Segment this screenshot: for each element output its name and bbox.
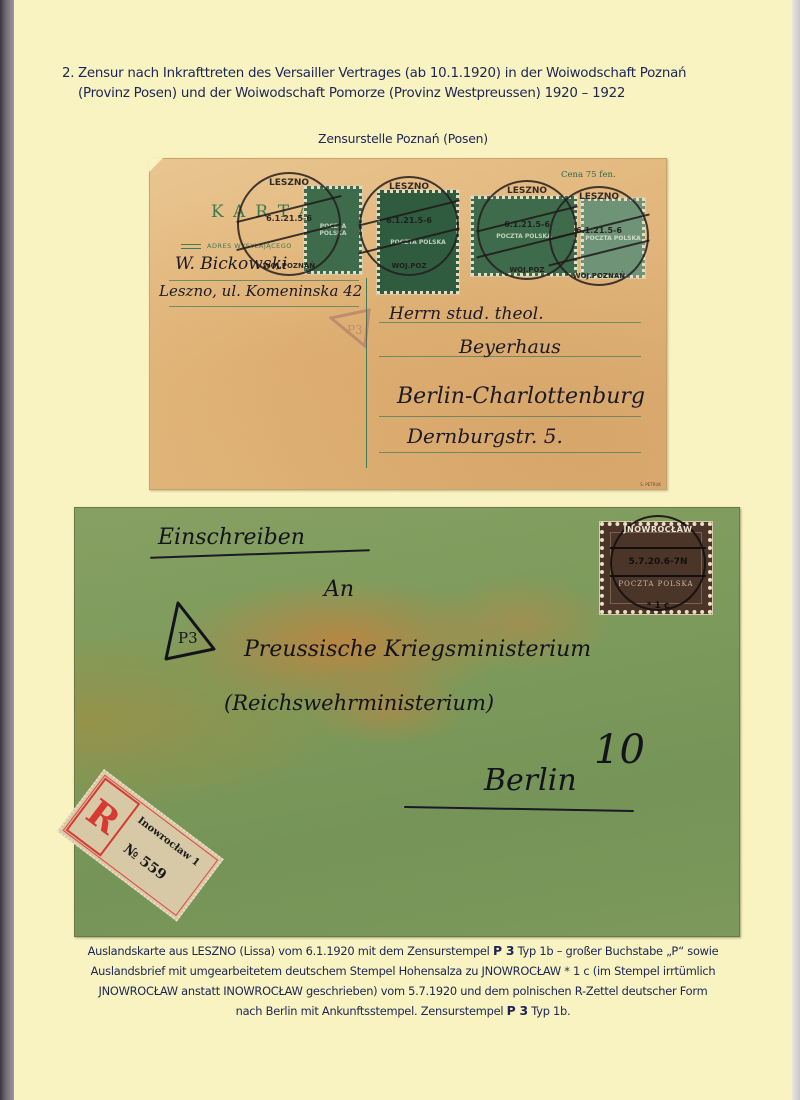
exhibit-caption: Auslandskarte aus LESZNO (Lissa) vom 6.1… <box>28 941 778 1021</box>
postmark-date: 6.1.21.5-6 <box>361 216 457 225</box>
censor-mark-triangle: P3 <box>329 308 373 348</box>
postcard-divider <box>366 278 367 468</box>
recipient-line-1: Herrn stud. theol. <box>389 304 544 324</box>
album-page: 2.Zensur nach Inkrafttreten des Versaill… <box>14 0 792 1100</box>
caption-line-2: Auslandsbrief mit umgearbeitetem deutsch… <box>28 961 778 981</box>
censor-mark-triangle: P3 <box>162 599 218 663</box>
postmark-date: 5.7.20.6-7N <box>612 557 704 567</box>
postmark-date: 6.1.21.5-6 <box>551 226 647 235</box>
postmark-town: LESZNO <box>551 192 647 202</box>
postmark-date: 6.1.21.5-6 <box>239 214 339 223</box>
postmark-leszno: LESZNO 6.1.21.5-6 WOJ.POZNAŃ <box>237 172 341 276</box>
postmark-region: WOJ.POZNAŃ <box>239 262 339 270</box>
postmark-leszno: LESZNO 6.1.21.5-6 WOJ.POZ <box>359 176 459 276</box>
postcard-corner <box>149 158 163 172</box>
sender-rule <box>169 306 359 307</box>
recipient-line-3: Berlin-Charlottenburg <box>397 384 645 409</box>
address-line-2: (Reichswehrministerium) <box>224 691 494 715</box>
heading-number: 2. <box>62 64 78 84</box>
caption-line-1: Auslandskarte aus LESZNO (Lissa) vom 6.1… <box>28 941 778 961</box>
address-district: 10 <box>594 727 645 773</box>
postmark-town: LESZNO <box>361 182 457 192</box>
postmark-town: LESZNO <box>239 178 339 188</box>
postcard-image: KARTA ADRES WYSYŁAJĄCEGO Cena 75 fen. W.… <box>149 158 667 490</box>
heading-line-1: Zensur nach Inkrafttreten des Versailler… <box>78 66 686 81</box>
envelope-image: Einschreiben An Preussische Kriegsminist… <box>74 507 740 937</box>
address-line-1: Preussische Kriegsministerium <box>244 637 591 662</box>
postcard-price: Cena 75 fen. <box>561 170 616 180</box>
svg-text:P3: P3 <box>347 323 363 337</box>
underline <box>404 806 634 812</box>
postmark-jnowroclaw: JNOWROCŁAW 5.7.20.6-7N * 1 c <box>610 515 706 611</box>
scan-edge-right <box>792 0 800 1100</box>
postmark-suffix: * 1 c <box>612 601 704 611</box>
recipient-line-4: Dernburgstr. 5. <box>407 424 563 448</box>
sender-rule <box>169 280 359 281</box>
address-city: Berlin <box>484 763 577 798</box>
address-rule <box>379 416 641 417</box>
postmark-region: WOJ.POZ <box>361 262 457 270</box>
printer-imprint: S. PETRUK <box>640 482 661 487</box>
underline <box>150 549 370 559</box>
caption-line-3: JNOWROCŁAW anstatt INOWROCŁAW geschriebe… <box>28 981 778 1001</box>
svg-text:P3: P3 <box>178 629 198 647</box>
postmark-town: JNOWROCŁAW <box>612 525 704 534</box>
heading-line-2: (Provinz Posen) und der Woiwodschaft Pom… <box>62 84 782 104</box>
censor-office-subheading: Zensurstelle Poznań (Posen) <box>14 131 792 146</box>
postmark-leszno: LESZNO 6.1.21.5-6 WOJ.POZNAŃ <box>549 186 649 286</box>
caption-line-4: nach Berlin mit Ankunftsstempel. Zensurs… <box>28 1001 778 1021</box>
postmark-region: WOJ.POZNAŃ <box>551 272 647 280</box>
address-prefix: An <box>324 577 354 602</box>
scan-edge-left <box>0 0 14 1100</box>
address-rule <box>379 452 641 453</box>
sender-address: Leszno, ul. Komeninska 42 <box>159 282 362 300</box>
page-heading: 2.Zensur nach Inkrafttreten des Versaill… <box>62 64 782 104</box>
recipient-line-2: Beyerhaus <box>459 336 561 358</box>
registration-label: R Inowrocław 1 № 559 <box>57 769 224 922</box>
service-note: Einschreiben <box>158 525 305 550</box>
